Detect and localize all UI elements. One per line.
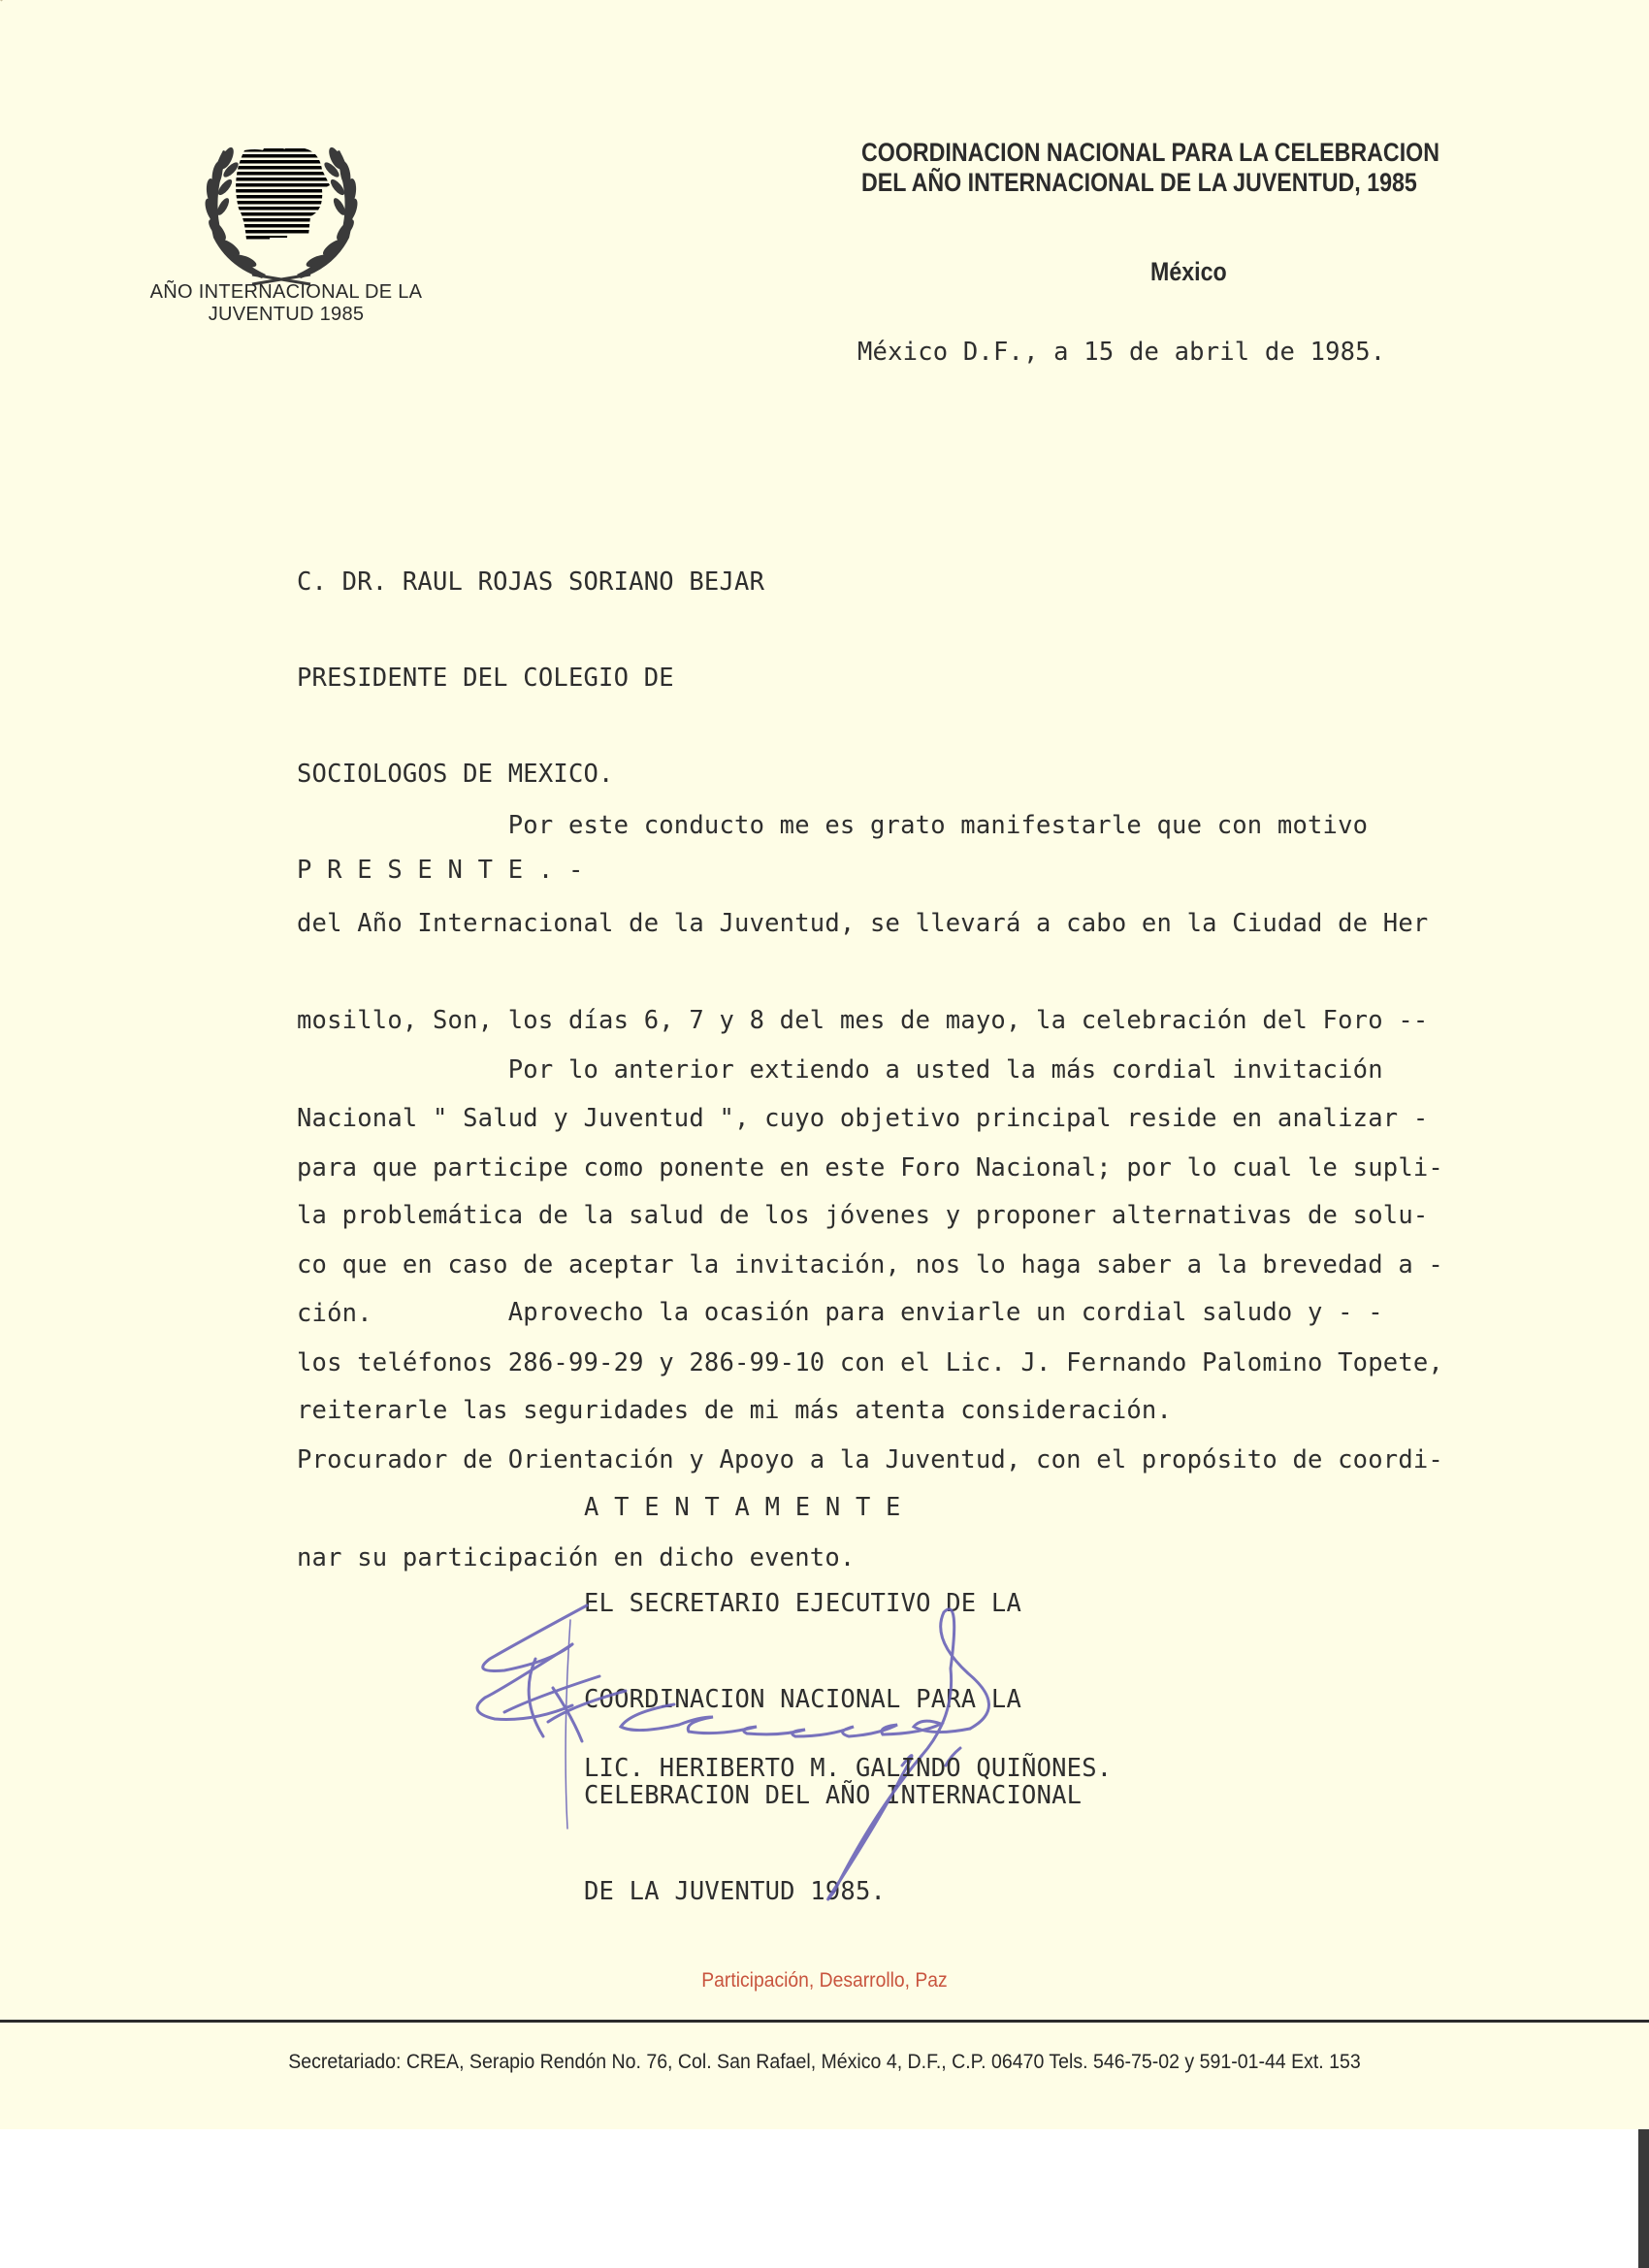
scanner-edge (1638, 2129, 1649, 2268)
closing-line: CELEBRACION DEL AÑO INTERNACIONAL (584, 1780, 1082, 1812)
body-line: del Año Internacional de la Juventud, se… (297, 908, 1428, 941)
footer-address: Secretariado: CREA, Serapio Rendón No. 7… (58, 2051, 1592, 2074)
organization-title-line: COORDINACION NACIONAL PARA LA CELEBRACIO… (861, 138, 1445, 168)
closing-line: EL SECRETARIO EJECUTIVO DE LA (584, 1588, 1082, 1620)
logo-caption: AÑO INTERNACIONAL DE LA JUVENTUD 1985 (116, 281, 456, 326)
closing-line: DE LA JUVENTUD 1985. (584, 1876, 1082, 1908)
youth-year-emblem-icon (184, 131, 378, 286)
motto: Participación, Desarrollo, Paz (66, 1969, 1583, 1993)
logo-caption-line: JUVENTUD 1985 (116, 304, 456, 326)
footer-divider (0, 2020, 1649, 2023)
recipient-line: C. DR. RAUL ROJAS SORIANO BEJAR (297, 567, 764, 599)
recipient-line: PRESIDENTE DEL COLEGIO DE (297, 663, 764, 695)
date-line: México D.F., a 15 de abril de 1985. (857, 338, 1385, 367)
body-line: para que participe como ponente en este … (297, 1152, 1443, 1185)
letter-page: AÑO INTERNACIONAL DE LA JUVENTUD 1985 CO… (0, 0, 1649, 2129)
closing-line: A T E N T A M E N T E (584, 1492, 1082, 1524)
body-line: Por este conducto me es grato manifestar… (297, 810, 1428, 843)
body-line: reiterarle las seguridades de mi más ate… (297, 1395, 1383, 1428)
organization-title: COORDINACION NACIONAL PARA LA CELEBRACIO… (861, 138, 1445, 198)
closing-block: A T E N T A M E N T E EL SECRETARIO EJEC… (584, 1428, 1082, 1972)
logo-caption-line: AÑO INTERNACIONAL DE LA (116, 281, 456, 304)
organization-title-line: DEL AÑO INTERNACIONAL DE LA JUVENTUD, 19… (861, 168, 1445, 198)
corner-fold-mark (0, 0, 15, 5)
signer-name: LIC. HERIBERTO M. GALINDO QUIÑONES. (584, 1754, 1112, 1783)
letterhead-city: México (1150, 257, 1227, 287)
closing-line: COORDINACION NACIONAL PARA LA (584, 1684, 1082, 1716)
body-line: Por lo anterior extiendo a usted la más … (297, 1054, 1443, 1087)
body-line: Aprovecho la ocasión para enviarle un co… (297, 1297, 1383, 1330)
